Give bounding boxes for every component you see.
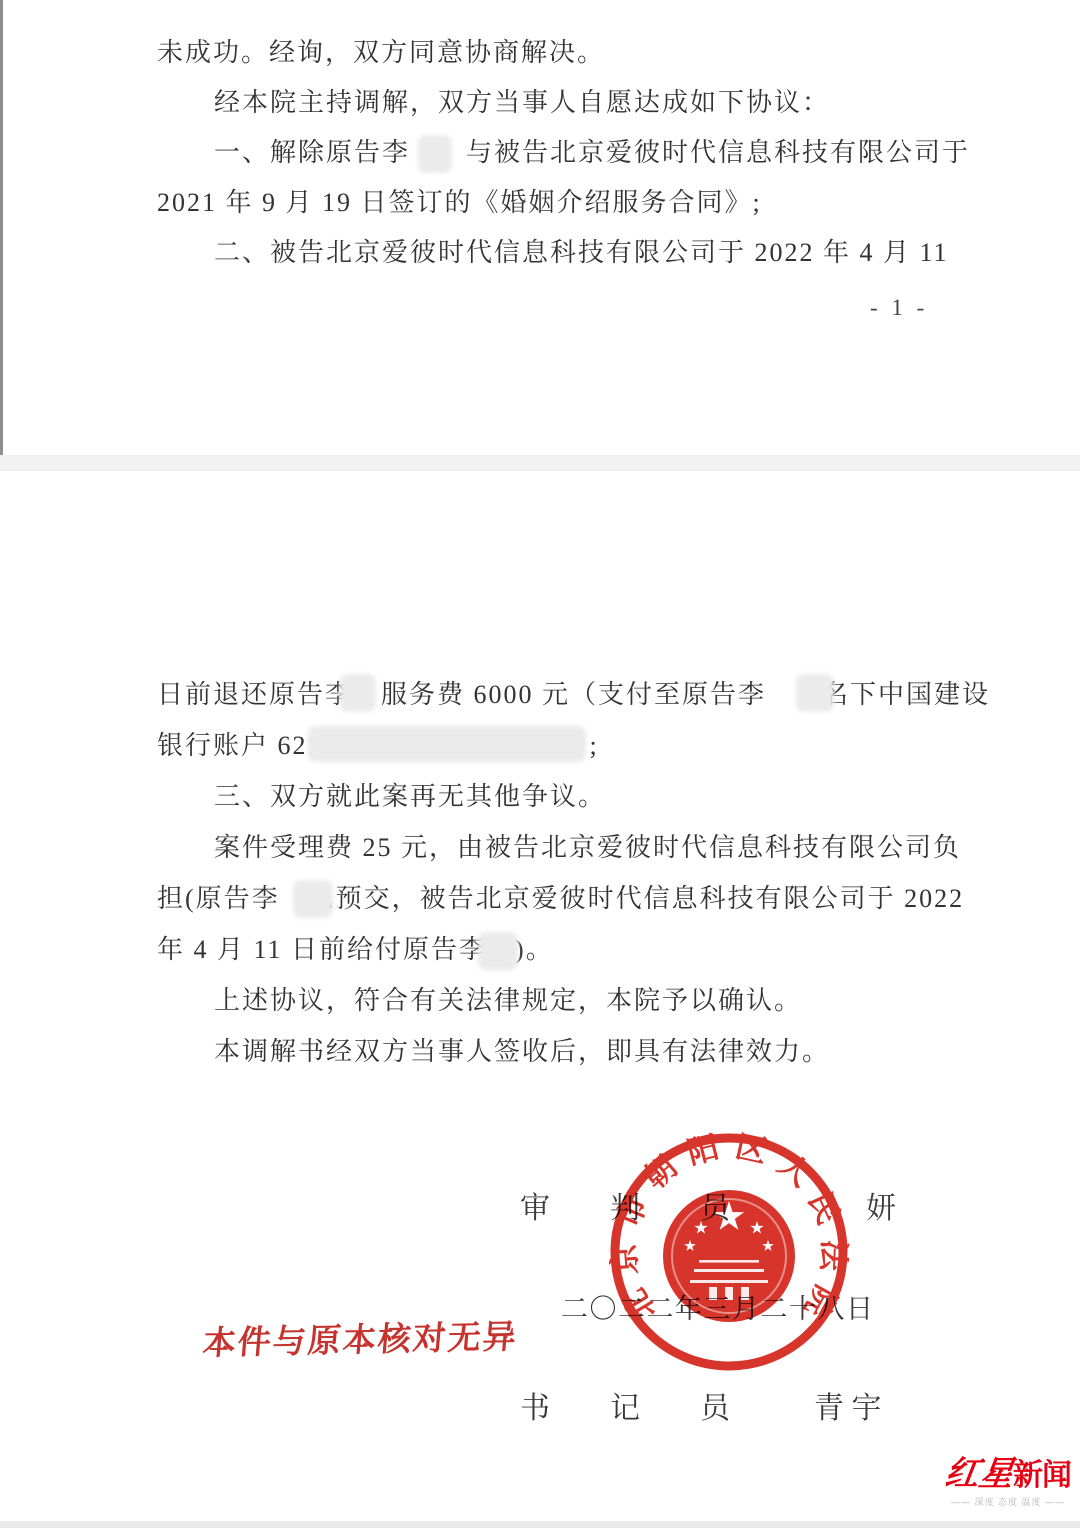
scan-bottom-edge [0,1521,1080,1528]
national-emblem [663,1190,795,1322]
redstar-news-logo: 红星新闻 [941,1458,1075,1492]
page2-line-1: 日前退还原告李 服务费 6000 元（支付至原告李 名下中国建设 [157,669,1017,720]
judge-name: 妍 [866,1183,896,1227]
page-number: - 1 - [870,295,928,321]
page2-line-2: 银行账户 6217 ）; [157,720,1017,771]
page2-text-block: 日前退还原告李 服务费 6000 元（支付至原告李 名下中国建设 银行账户 62… [157,669,1017,1077]
page2-line-6: 年 4 月 11 日前给付原告李 )。 [157,924,1017,975]
page2-line-4: 案件受理费 25 元，由被告北京爱彼时代信息科技有限公司负 [157,822,1017,873]
page2-line-8: 本调解书经双方当事人签收后，即具有法律效力。 [157,1026,1017,1077]
clerk-name: 青 宇 [814,1383,882,1427]
page1-line-1: 未成功。经询，双方同意协商解决。 [157,28,1017,78]
court-seal: 北京市朝阳区人民法院 [606,1129,852,1375]
redaction-patch [340,674,376,712]
brand-script-text: 红星 [943,1458,1016,1492]
page2-line-7: 上述协议，符合有关法律规定，本院予以确认。 [157,975,1017,1026]
page1-line-5: 二、被告北京爱彼时代信息科技有限公司于 2022 年 4 月 11 [157,228,1017,278]
brand-tagline: —— 深度 态度 温度 —— [941,1498,1075,1507]
page1-line-2: 经本院主持调解，双方当事人自愿达成如下协议： [157,78,1017,128]
clerk-label: 书 记 员 [520,1383,730,1427]
redstar-news-watermark: 红星新闻 —— 深度 态度 温度 —— [941,1458,1075,1507]
verification-stamp: 本件与原本核对无异 [201,1311,520,1365]
scan-left-edge-line [0,0,3,470]
redaction-patch [418,135,452,173]
page1-line-4: 2021 年 9 月 19 日签订的《婚姻介绍服务合同》; [157,178,1017,228]
page1-text-block: 未成功。经询，双方同意协商解决。 经本院主持调解，双方当事人自愿达成如下协议： … [157,28,1017,278]
page2-line-3: 三、双方就此案再无其他争议。 [157,771,1017,822]
brand-block-text: 新闻 [1013,1461,1071,1491]
redaction-patch-account [308,726,586,762]
redaction-patch [796,674,834,712]
redaction-patch [293,880,333,918]
page-break-divider [0,455,1080,471]
scanned-court-document: 未成功。经询，双方同意协商解决。 经本院主持调解，双方当事人自愿达成如下协议： … [0,0,1080,1528]
page2-line-5: 担(原告李 已预交，被告北京爱彼时代信息科技有限公司于 2022 [157,873,1017,924]
redaction-patch [478,932,518,970]
page1-line-3: 一、解除原告李 与被告北京爱彼时代信息科技有限公司于 [157,128,1017,178]
